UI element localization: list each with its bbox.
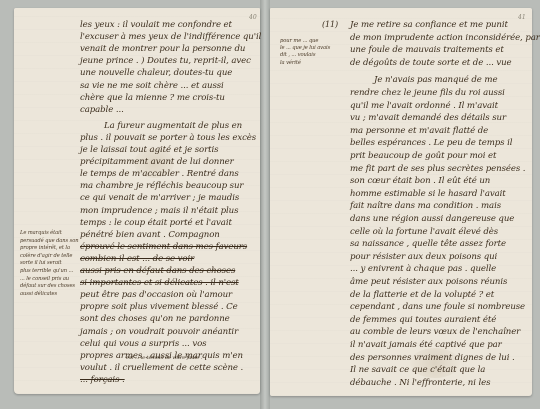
binding-gutter: [260, 0, 270, 409]
interlinear-insert: est ... le témoin de votre faute .: [126, 355, 202, 361]
manuscript-line: de la flatterie et de la volupté ? et: [350, 290, 494, 300]
manuscript-line: sa naissance , quelle tête assez forte: [350, 239, 506, 249]
manuscript-line: ma personne et m'avait flatté de: [350, 126, 488, 136]
manuscript-line: jamais ; on voudrait pouvoir anéantir: [80, 327, 238, 337]
manuscript-line: jeune prince . ) Doutes tu, reprit-il, a…: [80, 56, 251, 66]
manuscript-line: de femmes qui toutes auraient été: [350, 315, 496, 325]
manuscript-line: cependant , dans une foule si nombreuse: [350, 302, 525, 312]
manuscript-line: une foule de mauvais traitements et: [350, 45, 504, 55]
manuscript-line: La fureur augmentait de plus en: [104, 121, 242, 131]
manuscript-line: voulut . il cruellement de cette scène .: [80, 363, 243, 373]
margin-note-line: défaut sur des choses: [20, 283, 75, 289]
margin-note-line: propre intérêt, et la: [20, 245, 70, 251]
manuscript-line: pénétré bien avant . Compagnon: [80, 230, 220, 240]
manuscript-line: ... forçais .: [80, 375, 125, 385]
manuscript-line: capable ...: [80, 105, 124, 115]
manuscript-line: fait naître dans ma condition . mais: [350, 201, 501, 211]
manuscript-line: belles espérances . Le peu de temps il: [350, 138, 512, 148]
manuscript-line: plus . il pouvait se porter à tous les e…: [80, 133, 256, 143]
manuscript-line: l'excuser à mes yeux de l'indifférence q…: [80, 32, 261, 42]
manuscript-line: temps : le coup était porté et l'avait: [80, 218, 232, 228]
manuscript-line: celui qui vous a surpris ... vos: [80, 339, 206, 349]
manuscript-line: qu'il me l'avait ordonné . Il m'avait: [350, 101, 498, 111]
manuscript-line: combien il est ... de se voir: [80, 254, 194, 264]
manuscript-line: les yeux : il voulait me confondre et: [80, 20, 232, 30]
manuscript-line: de dégoûts de toute sorte et de ... vue: [350, 58, 512, 68]
manuscript-line: venait de montrer pour la personne du: [80, 44, 245, 54]
manuscript-line: rendre chez le jeune fils du roi aussi: [350, 88, 505, 98]
manuscript-line: Il ne savait ce que c'était que la: [350, 365, 485, 375]
manuscript-line: chère que la mienne ? me crois-tu: [80, 93, 225, 103]
manuscript-line: dans une région aussi dangereuse que: [350, 214, 514, 224]
manuscript-line: il n'avait jamais été captivé que par: [350, 340, 502, 350]
margin-note-line: plus terrible qu'un ...: [20, 268, 73, 274]
manuscript-line: me fit part de ses plus secrètes pensées…: [350, 164, 525, 174]
manuscript-line: si importantes et si délicates . il n'es…: [80, 278, 239, 288]
manuscript-line: celle où la fortune l'avait élevé dès: [350, 227, 498, 237]
manuscript-line: Je me retire sa confiance et me punit: [350, 20, 508, 30]
manuscript-line: le temps de m'accabler . Rentré dans: [80, 169, 239, 179]
manuscript-line: son cœur était bon . Il eût été un: [350, 176, 490, 186]
margin-note-line: colère d'agir de telle: [20, 253, 72, 259]
manuscript-line: ce qui venait de m'arriver ; je maudis: [80, 193, 239, 203]
manuscript-line: vu ; m'avait demandé des détails sur: [350, 113, 506, 123]
manuscript-line: des personnes vraiment dignes de lui .: [350, 353, 515, 363]
manuscript-line: propre soit plus vivement blessé . Ce: [80, 302, 238, 312]
manuscript-line: débauche . Ni l'effronterie, ni les: [350, 378, 490, 388]
margin-note-line: le ... que je lui avais: [280, 45, 330, 51]
margin-note-line: persuadé que dans son: [20, 238, 78, 244]
manuscript-line: éprouvé le sentiment dans mes faveurs: [80, 242, 247, 252]
manuscript-line: Je n'avais pas manqué de me: [374, 75, 497, 85]
margin-note-line: ... le conseil pris au: [20, 276, 69, 282]
section-mark: (11): [322, 20, 338, 29]
manuscript-page-left: 40 les yeux : il voulait me confondre et…: [14, 8, 260, 394]
manuscript-line: sont des choses qu'on ne pardonne: [80, 314, 230, 324]
manuscript-line: ma chambre je réfléchis beaucoup sur: [80, 181, 243, 191]
margin-note-line: aussi délicates: [20, 291, 57, 297]
manuscript-line: prit beaucoup de goût pour moi et: [350, 151, 496, 161]
manuscript-line: homme estimable si le hasard l'avait: [350, 189, 506, 199]
manuscript-line: précipitamment avant de lui donner: [80, 157, 234, 167]
manuscript-line: au comble de leurs vœux de l'enchaîner: [350, 327, 520, 337]
margin-note-line: pour me ... que: [280, 38, 318, 44]
margin-note-line: Le marquis était: [20, 230, 62, 236]
manuscript-line: âme peut résister aux poisons réunis: [350, 277, 507, 287]
folio-number: 40: [249, 14, 257, 21]
manuscript-line: aussi pris en défaut dans des choses: [80, 266, 235, 276]
margin-note-line: dit , ... voulais: [280, 52, 315, 58]
manuscript-line: sa vie ne me soit chère ... et aussi: [80, 81, 224, 91]
manuscript-line: mon imprudence ; mais il n'était plus: [80, 206, 238, 216]
manuscript-line: une nouvelle chaleur, doutes-tu que: [80, 68, 232, 78]
manuscript-line: pour résister aux deux poisons qui: [350, 252, 497, 262]
margin-note-line: la vérité: [280, 60, 301, 66]
manuscript-line: de mon imprudente action inconsidérée, p…: [350, 33, 540, 43]
margin-note-line: sorte il lui serait: [20, 260, 62, 266]
folio-number: 41: [518, 14, 526, 21]
manuscript-line: je le laissai tout agité et je sortis: [80, 145, 218, 155]
manuscript-line: peut être pas d'occasion où l'amour: [80, 290, 232, 300]
manuscript-line: ... y enivrent à chaque pas . quelle: [350, 264, 496, 274]
manuscript-page-right: 41 (11) Je me retire sa confiance et me …: [270, 8, 532, 396]
